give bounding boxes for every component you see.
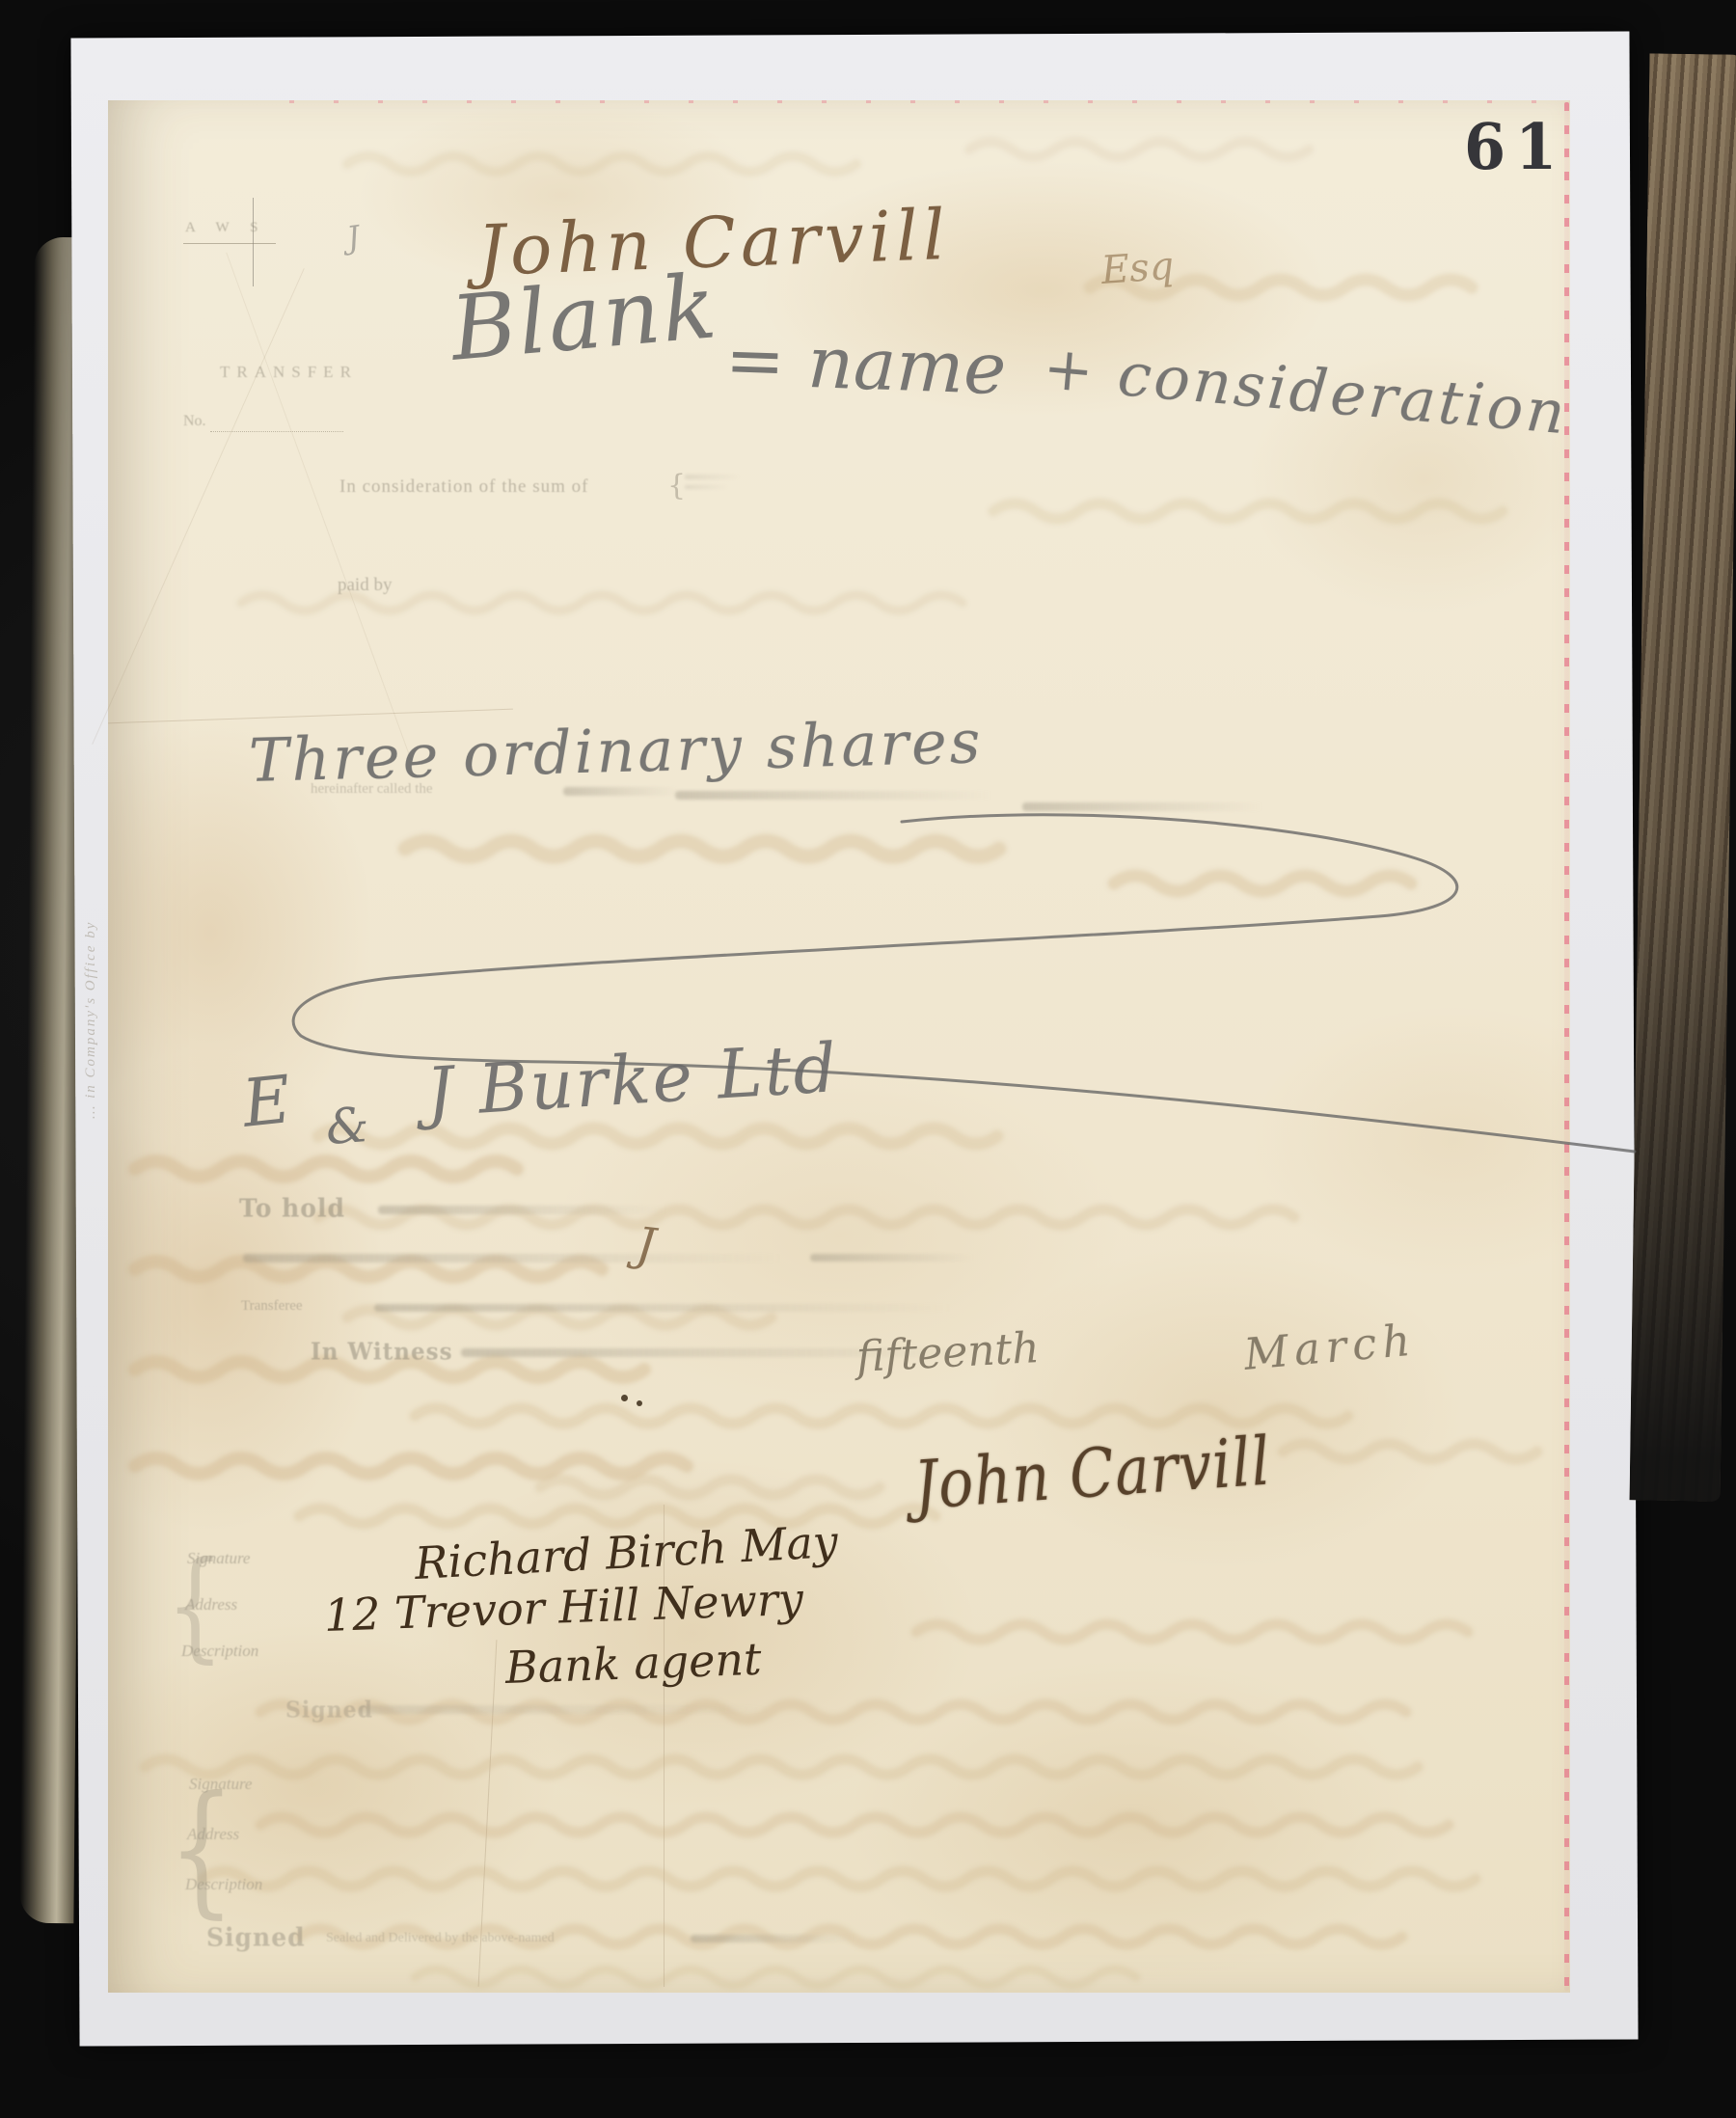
printed-number-label: No. — [183, 413, 206, 430]
signature-label: Signature — [189, 1775, 252, 1794]
initials-underline — [183, 243, 276, 244]
printed-brace: { — [667, 469, 686, 502]
ink-dot — [637, 1400, 642, 1406]
printed-signed-word-bottom: Signed — [206, 1922, 306, 1951]
printed-initials: A W S — [185, 220, 266, 236]
printed-line-smudge — [1022, 802, 1263, 811]
ink-transferor-name: John Carvill — [476, 194, 952, 291]
printed-line-smudge — [691, 1935, 854, 1942]
pencil-company-ampersand: & — [324, 1097, 370, 1155]
printed-paid-by: paid by — [338, 575, 392, 596]
pencil-note-equals-name: = name — [723, 318, 1007, 411]
page-pink-edge-top — [289, 100, 1562, 103]
printed-line-smudge — [374, 1304, 953, 1312]
printed-line-smudge — [243, 1254, 783, 1263]
printed-to-hold: To hold — [239, 1193, 345, 1222]
signature-label: Signature — [187, 1549, 250, 1568]
printed-in-witness: In Witness — [311, 1338, 453, 1365]
printed-line-smudge — [378, 1206, 667, 1214]
printed-note-smudge — [685, 475, 741, 479]
margin-vertical-note: … in Company's Office by — [83, 540, 99, 1119]
printed-line-smudge — [675, 791, 993, 800]
printed-line-smudge — [563, 787, 679, 796]
ink-transferor-suffix: Esq — [1099, 244, 1175, 293]
description-label: Description — [181, 1642, 258, 1661]
ink-witness-occupation: Bank agent — [504, 1633, 762, 1694]
description-label: Description — [185, 1875, 262, 1894]
printed-transfer-title: TRANSFER — [220, 363, 358, 382]
page-crease — [253, 198, 254, 286]
address-label: Address — [185, 1595, 237, 1615]
book-fore-edge-page-stack — [1630, 53, 1736, 1501]
address-label: Address — [187, 1825, 239, 1844]
pencil-company-initial: E — [239, 1062, 295, 1143]
ink-day-word: fifteenth — [855, 1323, 1041, 1382]
number-dotted-line — [210, 431, 343, 432]
printed-line-smudge — [359, 1705, 773, 1714]
printed-transferee-word: Transferee — [241, 1298, 303, 1315]
page-number: 61 — [1464, 110, 1566, 184]
ink-dot — [621, 1395, 628, 1401]
book-scan-photo: 61 A W S TRANSFER No. In consideration o… — [0, 0, 1736, 2118]
printed-sealed-line: Sealed and Delivered by the above-named — [326, 1931, 555, 1946]
printed-line-smudge — [810, 1254, 974, 1262]
printed-note-smudge — [685, 485, 729, 489]
printed-consideration-line: In consideration of the sum of — [339, 476, 588, 498]
